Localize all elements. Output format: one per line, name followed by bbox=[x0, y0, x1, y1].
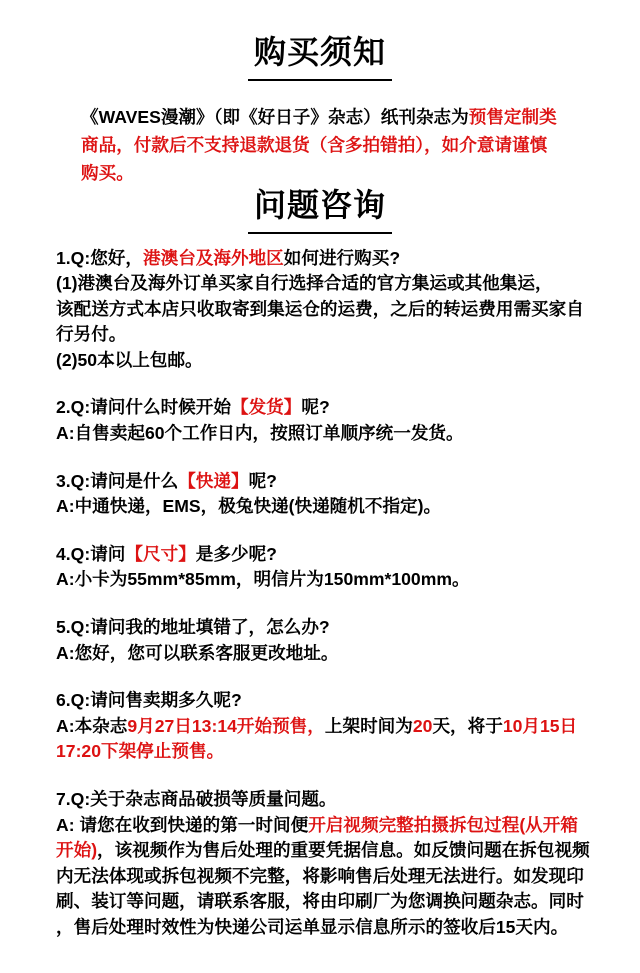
text-line: 购买。 bbox=[81, 159, 559, 187]
text-segment: A:自售卖起60个工作日内，按照订单顺序统一发货。 bbox=[56, 423, 464, 443]
qa-item-7: 7.Q:关于杂志商品破损等质量问题。A: 请您在收到快递的第一时间便开启视频完整… bbox=[56, 787, 612, 941]
text-line: 刷、装订等问题，请联系客服，将由印刷厂为您调换问题杂志。同时 bbox=[56, 889, 612, 915]
highlighted-text-segment: 商品，付款后不支持退款退货（含多拍错拍），如介意请谨慎 bbox=[81, 135, 547, 155]
text-line: 7.Q:关于杂志商品破损等质量问题。 bbox=[56, 787, 612, 813]
text-segment: 7.Q:关于杂志商品破损等质量问题。 bbox=[56, 789, 337, 809]
text-segment: 2.Q:请问什么时候开始 bbox=[56, 397, 231, 417]
text-line: 17:20下架停止预售。 bbox=[56, 739, 612, 765]
highlighted-text-segment: 17:20下架停止预售。 bbox=[56, 741, 224, 761]
text-segment: 3.Q:请问是什么 bbox=[56, 471, 178, 491]
highlighted-text-segment: 港澳台及海外地区 bbox=[143, 248, 284, 268]
text-line: 3.Q:请问是什么【快递】呢? bbox=[56, 469, 612, 495]
faq-title-block: 问题咨询 bbox=[0, 187, 640, 234]
qa-list: 1.Q:您好，港澳台及海外地区如何进行购买?(1)港澳台及海外订单买家自行选择合… bbox=[0, 234, 640, 941]
text-line: 内无法体现或拆包视频不完整，将影响售后处理无法进行。如发现印 bbox=[56, 864, 612, 890]
highlighted-text-segment: 20 bbox=[413, 716, 433, 736]
text-line: 4.Q:请问【尺寸】是多少呢? bbox=[56, 542, 612, 568]
text-segment: 行另付。 bbox=[56, 324, 126, 344]
text-segment: 6.Q:请问售卖期多久呢? bbox=[56, 690, 242, 710]
text-line: 《WAVES漫潮》（即《好日子》杂志）纸刊杂志为预售定制类 bbox=[81, 103, 559, 131]
qa-item-5: 5.Q:请问我的地址填错了，怎么办?A:您好，您可以联系客服更改地址。 bbox=[56, 615, 612, 666]
page-background: { "page": { "background": "#ffffff", "in… bbox=[0, 0, 640, 973]
text-segment: A:本杂志 bbox=[56, 716, 127, 736]
highlighted-text-segment: 购买。 bbox=[81, 163, 134, 183]
text-segment: 内无法体现或拆包视频不完整，将影响售后处理无法进行。如发现印 bbox=[56, 866, 584, 886]
qa-item-3: 3.Q:请问是什么【快递】呢?A:中通快递，EMS，极兔快递(快递随机不指定)。 bbox=[56, 469, 612, 520]
text-line: 该配送方式本店只收取寄到集运仓的运费，之后的转运费用需买家自 bbox=[56, 297, 612, 323]
text-segment: 是多少呢? bbox=[196, 544, 277, 564]
text-segment: A: 请您在收到快递的第一时间便 bbox=[56, 815, 308, 835]
text-segment: 呢? bbox=[301, 397, 329, 417]
text-segment: A:中通快递，EMS，极兔快递(快递随机不指定)。 bbox=[56, 496, 441, 516]
highlighted-text-segment: 10月15日 bbox=[503, 716, 577, 736]
notice-title: 购买须知 bbox=[248, 34, 392, 81]
text-segment: 上架时间为 bbox=[325, 716, 413, 736]
text-line: A:小卡为55mm*85mm，明信片为150mm*100mm。 bbox=[56, 567, 612, 593]
text-segment: A:您好，您可以联系客服更改地址。 bbox=[56, 643, 338, 663]
text-segment: ，该视频作为售后处理的重要凭据信息。如反馈问题在拆包视频 bbox=[97, 840, 590, 860]
highlighted-text-segment: 【发货】 bbox=[231, 397, 301, 417]
text-line: (1)港澳台及海外订单买家自行选择合适的官方集运或其他集运， bbox=[56, 271, 612, 297]
notice-title-block: 购买须知 bbox=[0, 0, 640, 81]
text-line: A:本杂志9月27日13:14开始预售，上架时间为20天，将于10月15日 bbox=[56, 714, 612, 740]
text-line: 5.Q:请问我的地址填错了，怎么办? bbox=[56, 615, 612, 641]
qa-item-4: 4.Q:请问【尺寸】是多少呢?A:小卡为55mm*85mm，明信片为150mm*… bbox=[56, 542, 612, 593]
faq-title: 问题咨询 bbox=[248, 187, 392, 234]
text-line: A: 请您在收到快递的第一时间便开启视频完整拍摄拆包过程(从开箱 bbox=[56, 813, 612, 839]
text-line: ，售后处理时效性为快递公司运单显示信息所示的签收后15天内。 bbox=[56, 915, 612, 941]
highlighted-text-segment: 9月27日13:14开始预售， bbox=[127, 716, 325, 736]
text-segment: 刷、装订等问题，请联系客服，将由印刷厂为您调换问题杂志。同时 bbox=[56, 891, 584, 911]
highlighted-text-segment: 【尺寸】 bbox=[125, 544, 195, 564]
text-segment: (2)50本以上包邮。 bbox=[56, 350, 203, 370]
text-line: 1.Q:您好，港澳台及海外地区如何进行购买? bbox=[56, 246, 612, 272]
text-segment: 1.Q:您好， bbox=[56, 248, 143, 268]
text-segment: 呢? bbox=[249, 471, 277, 491]
text-line: 商品，付款后不支持退款退货（含多拍错拍），如介意请谨慎 bbox=[81, 131, 559, 159]
text-segment: 4.Q:请问 bbox=[56, 544, 125, 564]
text-line: 2.Q:请问什么时候开始【发货】呢? bbox=[56, 395, 612, 421]
highlighted-text-segment: 开始) bbox=[56, 840, 97, 860]
intro-warning-paragraph: 《WAVES漫潮》（即《好日子》杂志）纸刊杂志为预售定制类商品，付款后不支持退款… bbox=[81, 103, 559, 187]
purchase-notice-document: 购买须知 《WAVES漫潮》（即《好日子》杂志）纸刊杂志为预售定制类商品，付款后… bbox=[0, 0, 640, 973]
highlighted-text-segment: 开启视频完整拍摄拆包过程(从开箱 bbox=[308, 815, 578, 835]
text-line: 6.Q:请问售卖期多久呢? bbox=[56, 688, 612, 714]
text-segment: A:小卡为55mm*85mm，明信片为150mm*100mm。 bbox=[56, 569, 470, 589]
text-segment: 天，将于 bbox=[432, 716, 502, 736]
text-line: A:您好，您可以联系客服更改地址。 bbox=[56, 641, 612, 667]
text-segment: 5.Q:请问我的地址填错了，怎么办? bbox=[56, 617, 330, 637]
text-segment: ，售后处理时效性为快递公司运单显示信息所示的签收后15天内。 bbox=[56, 917, 568, 937]
text-segment: 《WAVES漫潮》（即《好日子》杂志）纸刊杂志为 bbox=[81, 107, 469, 127]
highlighted-text-segment: 【快递】 bbox=[178, 471, 248, 491]
text-line: (2)50本以上包邮。 bbox=[56, 348, 612, 374]
highlighted-text-segment: 预售定制类 bbox=[469, 107, 557, 127]
qa-item-6: 6.Q:请问售卖期多久呢?A:本杂志9月27日13:14开始预售，上架时间为20… bbox=[56, 688, 612, 765]
text-segment: (1)港澳台及海外订单买家自行选择合适的官方集运或其他集运， bbox=[56, 273, 553, 293]
text-line: A:中通快递，EMS，极兔快递(快递随机不指定)。 bbox=[56, 494, 612, 520]
text-line: 行另付。 bbox=[56, 322, 612, 348]
text-line: A:自售卖起60个工作日内，按照订单顺序统一发货。 bbox=[56, 421, 612, 447]
qa-item-1: 1.Q:您好，港澳台及海外地区如何进行购买?(1)港澳台及海外订单买家自行选择合… bbox=[56, 246, 612, 374]
text-segment: 如何进行购买? bbox=[284, 248, 400, 268]
text-line: 开始)，该视频作为售后处理的重要凭据信息。如反馈问题在拆包视频 bbox=[56, 838, 612, 864]
qa-item-2: 2.Q:请问什么时候开始【发货】呢?A:自售卖起60个工作日内，按照订单顺序统一… bbox=[56, 395, 612, 446]
text-segment: 该配送方式本店只收取寄到集运仓的运费，之后的转运费用需买家自 bbox=[56, 299, 584, 319]
